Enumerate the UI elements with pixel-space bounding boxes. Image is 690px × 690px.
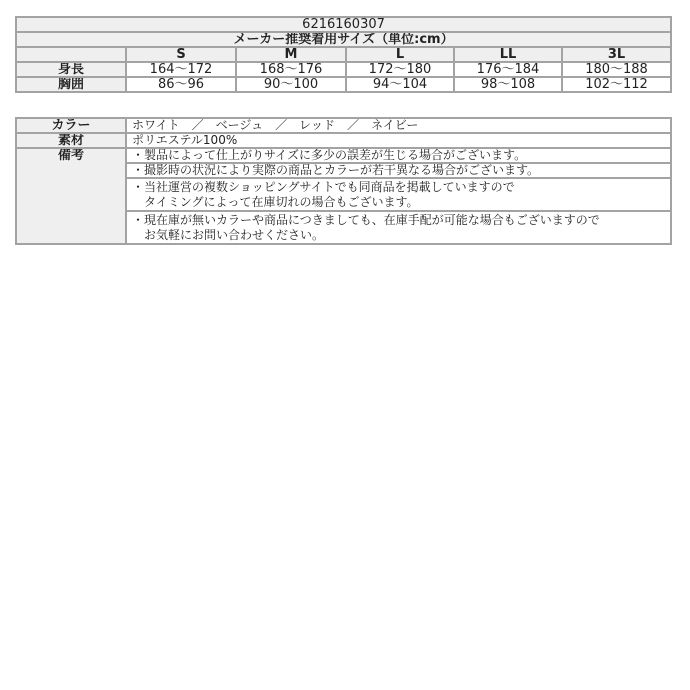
height-3l: 180〜188 — [562, 62, 671, 77]
note-item-1: ・製品によって仕上がりサイズに多少の誤差が生じる場合がございます。 — [126, 148, 671, 163]
note-item-4-line-2: お気軽にお問い合わせください。 — [132, 228, 670, 243]
size-header-m: M — [236, 47, 346, 62]
material-row: 素材 ポリエステル100% — [16, 133, 671, 148]
note-item-3: ・当社運営の複数ショッピングサイトでも同商品を掲載していますので タイミングによ… — [126, 178, 671, 211]
height-m: 168〜176 — [236, 62, 346, 77]
product-code: 6216160307 — [16, 17, 671, 32]
material-value: ポリエステル100% — [126, 133, 671, 148]
note-item-2: ・撮影時の状況により実際の商品とカラーが若干異なる場合がございます。 — [126, 163, 671, 178]
color-value: ホワイト ／ ベージュ ／ レッド ／ ネイビー — [126, 118, 671, 133]
chest-l: 94〜104 — [346, 77, 454, 92]
height-l: 172〜180 — [346, 62, 454, 77]
notes-label: 備考 — [16, 148, 126, 244]
note-row-1: 備考 ・製品によって仕上がりサイズに多少の誤差が生じる場合がございます。 — [16, 148, 671, 163]
chest-s: 86〜96 — [126, 77, 236, 92]
row-label-chest: 胸囲 — [16, 77, 126, 92]
chest-m: 90〜100 — [236, 77, 346, 92]
note-item-4: ・現在庫が無いカラーや商品につきましても、在庫手配が可能な場合もございますので … — [126, 211, 671, 244]
material-label: 素材 — [16, 133, 126, 148]
product-info-table: カラー ホワイト ／ ベージュ ／ レッド ／ ネイビー 素材 ポリエステル10… — [15, 117, 672, 245]
size-header-l: L — [346, 47, 454, 62]
note-item-3-line-2: タイミングによって在庫切れの場合もございます。 — [132, 195, 670, 210]
corner-cell — [16, 47, 126, 62]
size-table-title: メーカー推奨着用サイズ（単位:cm） — [16, 32, 671, 47]
size-header-3l: 3L — [562, 47, 671, 62]
chest-3l: 102〜112 — [562, 77, 671, 92]
color-label: カラー — [16, 118, 126, 133]
table-row-height: 身長 164〜172 168〜176 172〜180 176〜184 180〜1… — [16, 62, 671, 77]
row-label-height: 身長 — [16, 62, 126, 77]
table-row-chest: 胸囲 86〜96 90〜100 94〜104 98〜108 102〜112 — [16, 77, 671, 92]
color-row: カラー ホワイト ／ ベージュ ／ レッド ／ ネイビー — [16, 118, 671, 133]
size-header-s: S — [126, 47, 236, 62]
size-header-row: S M L LL 3L — [16, 47, 671, 62]
size-chart-table: 6216160307 メーカー推奨着用サイズ（単位:cm） S M L LL 3… — [15, 16, 672, 93]
note-item-3-line-1: ・当社運営の複数ショッピングサイトでも同商品を掲載していますので — [132, 180, 670, 195]
size-header-ll: LL — [454, 47, 562, 62]
height-s: 164〜172 — [126, 62, 236, 77]
height-ll: 176〜184 — [454, 62, 562, 77]
note-item-4-line-1: ・現在庫が無いカラーや商品につきましても、在庫手配が可能な場合もございますので — [132, 213, 670, 228]
chest-ll: 98〜108 — [454, 77, 562, 92]
